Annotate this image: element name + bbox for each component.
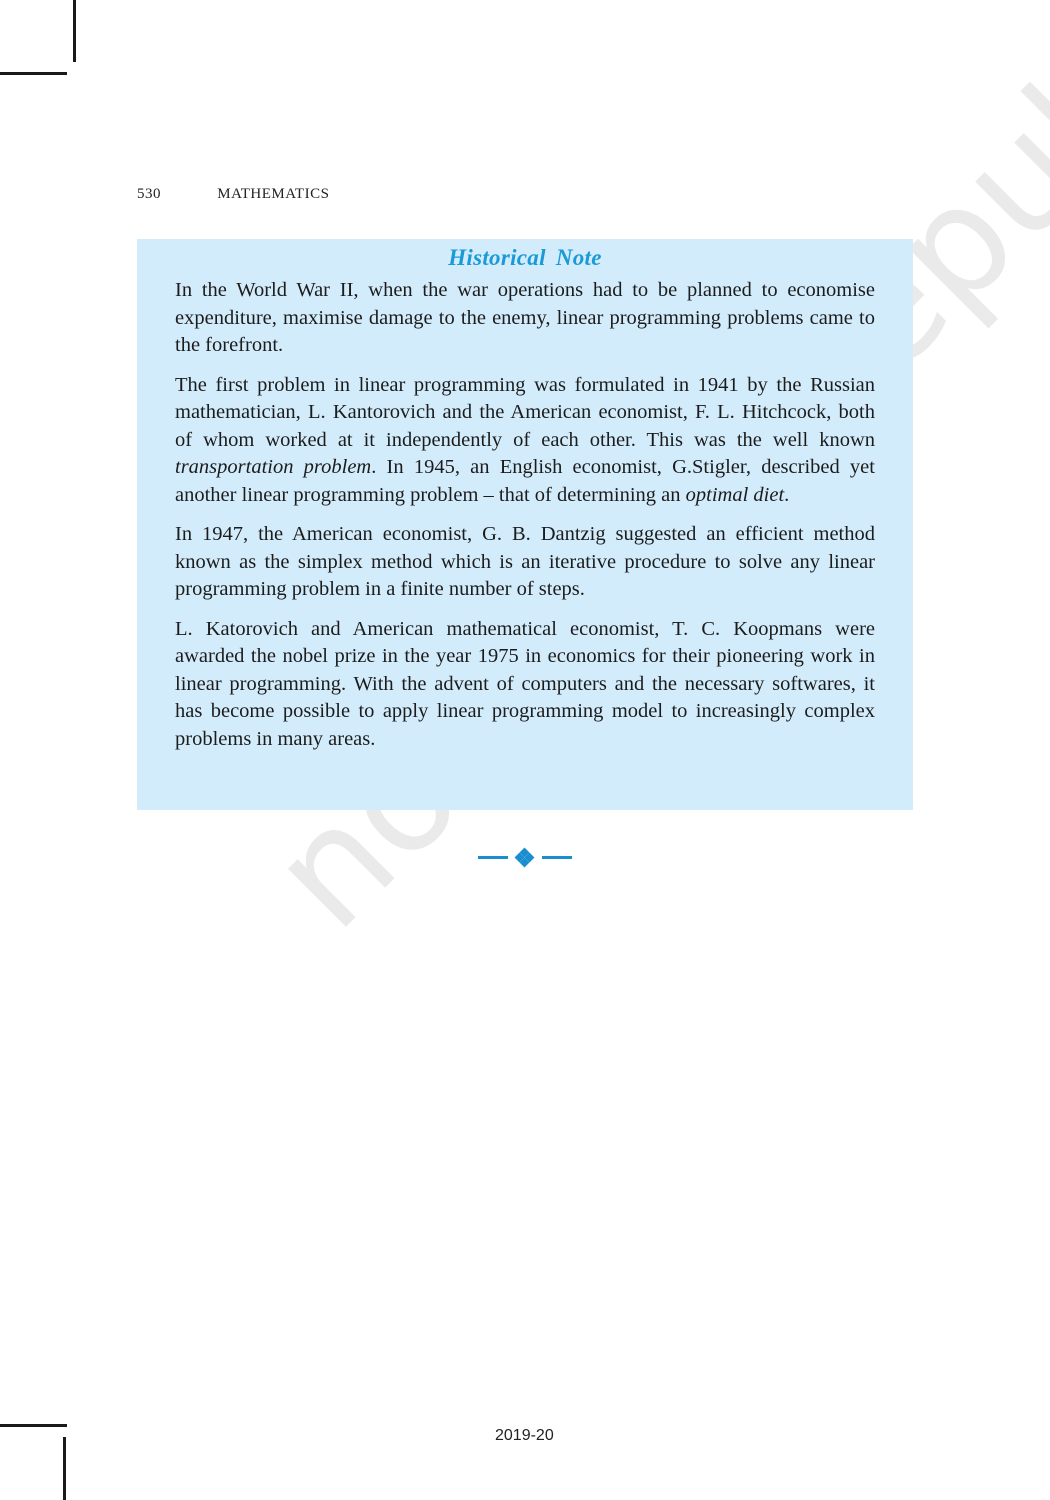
paragraph-text: The first problem in linear programming … xyxy=(175,374,875,451)
note-paragraph: In 1947, the American economist, G. B. D… xyxy=(175,521,875,604)
separator-line-left xyxy=(478,856,508,859)
paragraph-text: In the World War II, when the war operat… xyxy=(175,279,875,356)
page-number: 530 xyxy=(137,186,213,203)
note-paragraph: In the World War II, when the war operat… xyxy=(175,277,875,360)
crop-mark-top-left-vertical xyxy=(73,0,76,62)
crop-mark-top-left-horizontal xyxy=(0,72,67,75)
note-paragraph: L. Katorovich and American mathematical … xyxy=(175,616,875,754)
crop-mark-bottom-left-vertical xyxy=(63,1437,66,1500)
paragraph-text: In 1947, the American economist, G. B. D… xyxy=(175,523,875,600)
crop-mark-bottom-left-horizontal xyxy=(0,1424,67,1427)
paragraph-text: . xyxy=(784,484,789,506)
subject-title: MATHEMATICS xyxy=(217,186,329,202)
emphasized-term: transportation problem xyxy=(175,456,371,478)
emphasized-term: optimal diet xyxy=(686,484,785,506)
note-title: Historical Note xyxy=(175,245,875,271)
footer-year: 2019-20 xyxy=(495,1427,554,1445)
paragraph-text: L. Katorovich and American mathematical … xyxy=(175,618,875,750)
running-head: 530 MATHEMATICS xyxy=(137,186,329,203)
historical-note-box: Historical Note In the World War II, whe… xyxy=(137,239,913,810)
note-paragraph: The first problem in linear programming … xyxy=(175,372,875,510)
diamond-cluster-separator-icon xyxy=(478,847,572,867)
separator-line-right xyxy=(542,856,572,859)
